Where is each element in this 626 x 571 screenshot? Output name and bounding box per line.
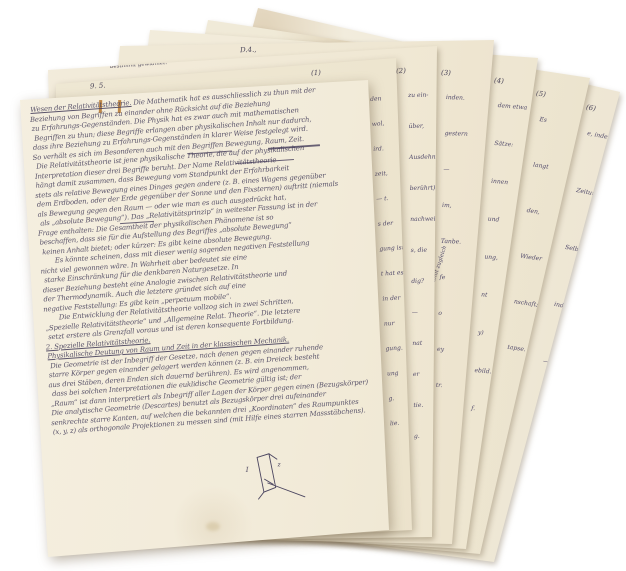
handwriting-fragment: zeit,	[375, 168, 422, 196]
handwriting-fragment: zu ein-	[408, 91, 455, 123]
orange-corner-mark	[99, 100, 102, 113]
correction-stroke	[236, 159, 294, 164]
handwriting-fragment: Es	[534, 116, 586, 168]
manuscript-photo: (6) e, inde.Zeitung ?)Selbe.indie.— (5) …	[0, 0, 626, 571]
handwriting-fragment: gung ist aber nicht	[379, 243, 426, 271]
handwriting-line: 2. Spezielle Relativitätstheorie.	[46, 319, 393, 353]
line-fragments-2: zu ein-über,Ausdehnungberührt) )nachweis…	[408, 91, 460, 464]
line-fragments-5: Eslangtden,Wiedernschaft;tapse.	[502, 116, 586, 396]
line-fragments-4: dem etwaSätze:innenundung,nty)ebild.f.	[468, 102, 544, 447]
paper-sheet: D.4., (3) inden.gestern—im,Tanbe.feoeytr…	[0, 0, 626, 571]
coordinate-box-sketch: I z	[241, 444, 328, 504]
handwriting-fragment: lie.	[390, 418, 437, 446]
handwriting-fragment: inden.	[445, 94, 492, 132]
page-number-5: (5)	[536, 89, 547, 98]
handwriting-fragment: in der	[382, 293, 429, 321]
handwriting-fragment: langt	[527, 162, 579, 214]
handwriting-fragment: y)	[475, 329, 524, 371]
handwriting-line: aus drei Stäben, deren Enden sich dauern…	[48, 357, 395, 391]
page-number-1: (1)	[311, 69, 321, 78]
sketch-flag	[269, 453, 277, 459]
manuscript-page-6: (6) e, inde.Zeitung ?)Selbe.indie.—	[0, 0, 626, 571]
handwriting-line: hängt damit zusammen, dass Bewegung vom …	[35, 158, 381, 192]
sketch-box	[257, 453, 276, 492]
corner-note-d4: D.4.,	[240, 46, 257, 55]
handwriting-fragment: Selbe.	[555, 244, 611, 310]
handwriting-fragment: innen	[488, 178, 537, 220]
handwriting-fragment: dig?	[411, 277, 458, 309]
manuscript-page-2: bestimmt gewidmet. (2) zu ein-über,Ausde…	[0, 0, 626, 571]
handwriting-fragment: t hat es	[381, 268, 428, 296]
manuscript-page-4: (4) dem etwaSätze:innenundung,nty)ebild.…	[0, 0, 626, 571]
handwriting-line: Beziehung von Begriffen zu einander ohne…	[30, 91, 377, 125]
handwriting-line: Es könnte scheinen, dass mit dieser weni…	[41, 233, 387, 267]
handwriting-fragment: er	[413, 370, 460, 402]
handwriting-line: nicht viel gewonnen wäre. In Wahrheit ab…	[40, 243, 387, 277]
manuscript-page-3: D.4., (3) inden.gestern—im,Tanbe.feoeytr…	[0, 0, 626, 571]
sketch-diagonal	[267, 481, 305, 499]
handwriting-line: negative Feststellung: Es gibt kein „per…	[43, 281, 390, 315]
line-fragments-1: denwol,ird.zeit,— t.s dergung ist aber n…	[370, 93, 437, 445]
handwriting-fragment: ird.	[373, 143, 420, 171]
handwriting-line: beschaffen, dass sie für die Aufstellung…	[39, 215, 385, 249]
corner-note-dedication: bestimmt gewidmet.	[110, 60, 167, 70]
handwriting-fragment: g.	[414, 432, 461, 464]
sketch-label-left: I	[245, 466, 249, 474]
paper-sheet: 9. 5. (1) denwol,ird.zeit,— t.s dergung …	[0, 0, 626, 571]
handwriting-fragment: berührt) )	[410, 184, 457, 216]
handwriting-fragment: gung.	[385, 343, 432, 371]
handwriting-fragment: ung	[387, 368, 434, 396]
correction-stroke	[268, 144, 320, 150]
handwriting-fragment: e, inde.	[577, 130, 626, 196]
handwriting-fragment: Wieder	[514, 253, 566, 305]
handwriting-line: dass ihre Beziehung zu Erfahrungs-Gegens…	[33, 120, 379, 154]
essay-title: Wesen der Relativitätstheorie.	[30, 99, 132, 114]
sketch-hatch	[264, 479, 273, 485]
handwriting-line: „Spezielle Relativitätstheorie“ und „All…	[45, 300, 391, 334]
handwriting-line: (x, y, z) als orthogonale Projektionen z…	[53, 404, 399, 438]
handwriting-fragment: Tanbe.	[440, 238, 487, 276]
handwriting-fragment: ung,	[481, 253, 530, 295]
orange-corner-mark	[118, 100, 121, 113]
sketch-label-right: z	[276, 461, 281, 468]
handwriting-lines: Beziehung von Begriffen zu einander ohne…	[31, 91, 399, 437]
handwriting-line: stets als relative Bewegung eines Dinges…	[35, 167, 382, 201]
handwriting-fragment: tapse.	[502, 344, 554, 396]
handwriting-line: „Raum“ ist dann interpretiert als Inbegr…	[51, 376, 397, 410]
paper-sheet: bestimmt gewidmet. (2) zu ein-über,Ausde…	[0, 0, 626, 571]
handwriting-fragment: —	[412, 308, 459, 340]
handwriting-line: als „absolute Bewegung“). Das „Relativit…	[40, 196, 384, 229]
handwriting-fragment: Ausdehnung	[409, 153, 456, 185]
page-number-3: (3)	[441, 69, 451, 77]
paper-sheet: (6) e, inde.Zeitung ?)Selbe.indie.—	[0, 0, 626, 571]
page-number-2: (2)	[396, 67, 406, 75]
line-fragments-6: e, inde.Zeitung ?)Selbe.indie.—	[533, 130, 626, 423]
handwriting-line: dem Erdboden, oder der Erde gegenüber de…	[37, 177, 383, 211]
paper-sheet: Wesen der Relativitätstheorie. Die Mathe…	[0, 0, 626, 571]
handwriting-line: Begriffen zu thun; diese Begriffe erlang…	[34, 110, 378, 143]
handwriting-line: starre Körper gegen einander gelagert we…	[49, 347, 395, 381]
handwriting-fragment: —	[442, 166, 489, 204]
handwriting-fragment: nt	[478, 291, 527, 333]
handwriting-line: Interpretation dieser drei Begriffe beru…	[35, 148, 381, 182]
handwriting-fragment: nachweis-	[410, 215, 457, 247]
manuscript-page-1: 9. 5. (1) denwol,ird.zeit,— t.s dergung …	[0, 0, 626, 571]
handwriting-fragment: über,	[409, 122, 456, 154]
slanted-margin-note: und damit zugleich	[426, 245, 448, 298]
correction-stroke	[188, 150, 232, 154]
handwriting-fragment: Sätze:	[491, 140, 540, 182]
handwriting-fragment: f.	[468, 405, 517, 447]
handwriting-fragment: den	[370, 93, 417, 121]
handwriting-line: keinen Anhalt bietet; oder kürzer: Es gi…	[42, 224, 386, 257]
handwriting-fragment: nat	[412, 339, 459, 371]
handwriting-line: Die Entwicklung der Relativitätstheorie …	[45, 290, 391, 324]
handwriting-line: setzt erstere als Grenzfall voraus und i…	[48, 309, 392, 342]
handwriting-fragment: fe	[438, 274, 485, 312]
handwriting-fragment: o	[437, 310, 484, 348]
handwriting-fragment: tie.	[413, 401, 460, 433]
handwriting-fragment: nur	[384, 318, 431, 346]
handwriting-line: Frage enthalten: Die Gesamtheit der phys…	[38, 205, 385, 239]
handwriting-line: dieser Beziehung besteht eine Analogie z…	[43, 262, 389, 296]
correction-stroke	[120, 221, 154, 224]
paper-sheet: (5) Eslangtden,Wiedernschaft;tapse.	[0, 0, 626, 571]
handwriting-line: Die Geometrie ist der Inbegriff der Gese…	[50, 338, 394, 371]
page-number-6: (6)	[585, 103, 596, 113]
handwriting-fragment: nschaft;	[508, 298, 560, 350]
essay-title-line: Wesen der Relativitätstheorie. Die Mathe…	[30, 82, 376, 116]
handwriting-line: So verhält es sich im Besonderen auch mi…	[32, 129, 379, 163]
handwriting-line: zu Erfahrungs-Gegenständen. Die Physik h…	[31, 101, 377, 135]
handwriting-line: dass bei solchen Interpretationen die eu…	[52, 366, 396, 399]
manuscript-page-5: (5) Eslangtden,Wiedernschaft;tapse.	[0, 0, 626, 571]
handwriting-line: als Bewegung gegen den Raum — oder wie m…	[37, 186, 383, 220]
corner-note-date: 9. 5.	[90, 81, 106, 90]
paper-stain	[206, 522, 220, 531]
handwriting-fragment: ebild.	[472, 367, 521, 409]
handwriting-fragment: gestern	[443, 130, 490, 168]
handwriting-fragment: tr.	[435, 382, 482, 420]
handwriting-fragment: im,	[441, 202, 488, 240]
handwriting-fragment: und	[485, 216, 534, 258]
handwriting-fragment: wol,	[372, 118, 419, 146]
handwriting-line: der Thermodynamik. Auch die letztere grü…	[43, 271, 389, 305]
page-number-4: (4)	[494, 77, 504, 86]
handwriting-fragment: den,	[521, 207, 573, 259]
handwriting-fragment: — t.	[376, 193, 423, 221]
line-fragments-3: inden.gestern—im,Tanbe.feoeytr.	[435, 94, 492, 419]
title-line-rest: Die Mathematik hat es ausschliesslich zu…	[131, 86, 315, 107]
handwriting-fragment: indie.	[544, 301, 600, 367]
handwriting-fragment: g.	[388, 393, 435, 421]
handwriting-line: senkrechte starre Kanten, auf welchen di…	[51, 395, 398, 429]
manuscript-front-page: Wesen der Relativitätstheorie. Die Mathe…	[0, 0, 626, 571]
handwriting-fragment: s der	[378, 218, 425, 246]
handwriting-fragment: ey	[436, 346, 483, 384]
handwriting-line: Physikalische Deutung von Raum und Zeit …	[47, 328, 393, 362]
handwriting-line: Die analytische Geometrie (Descartes) be…	[51, 385, 397, 419]
sketch-foot	[258, 492, 264, 499]
handwriting-fragment: s, die	[411, 246, 458, 278]
handwriting-fragment: —	[533, 358, 589, 424]
paper-sheet: (4) dem etwaSätze:innenundung,nty)ebild.…	[0, 0, 626, 571]
handwriting-fragment: dem etwa	[495, 102, 544, 144]
handwriting-fragment: Zeitung ?)	[566, 187, 622, 253]
handwriting-line: starke Einschränkung für die denkbaren N…	[44, 252, 388, 285]
handwriting-line: Die Relativitätstheorie ist jene physika…	[36, 139, 380, 172]
handwritten-text-block: Wesen der Relativitätstheorie. Die Mathe…	[30, 82, 398, 438]
